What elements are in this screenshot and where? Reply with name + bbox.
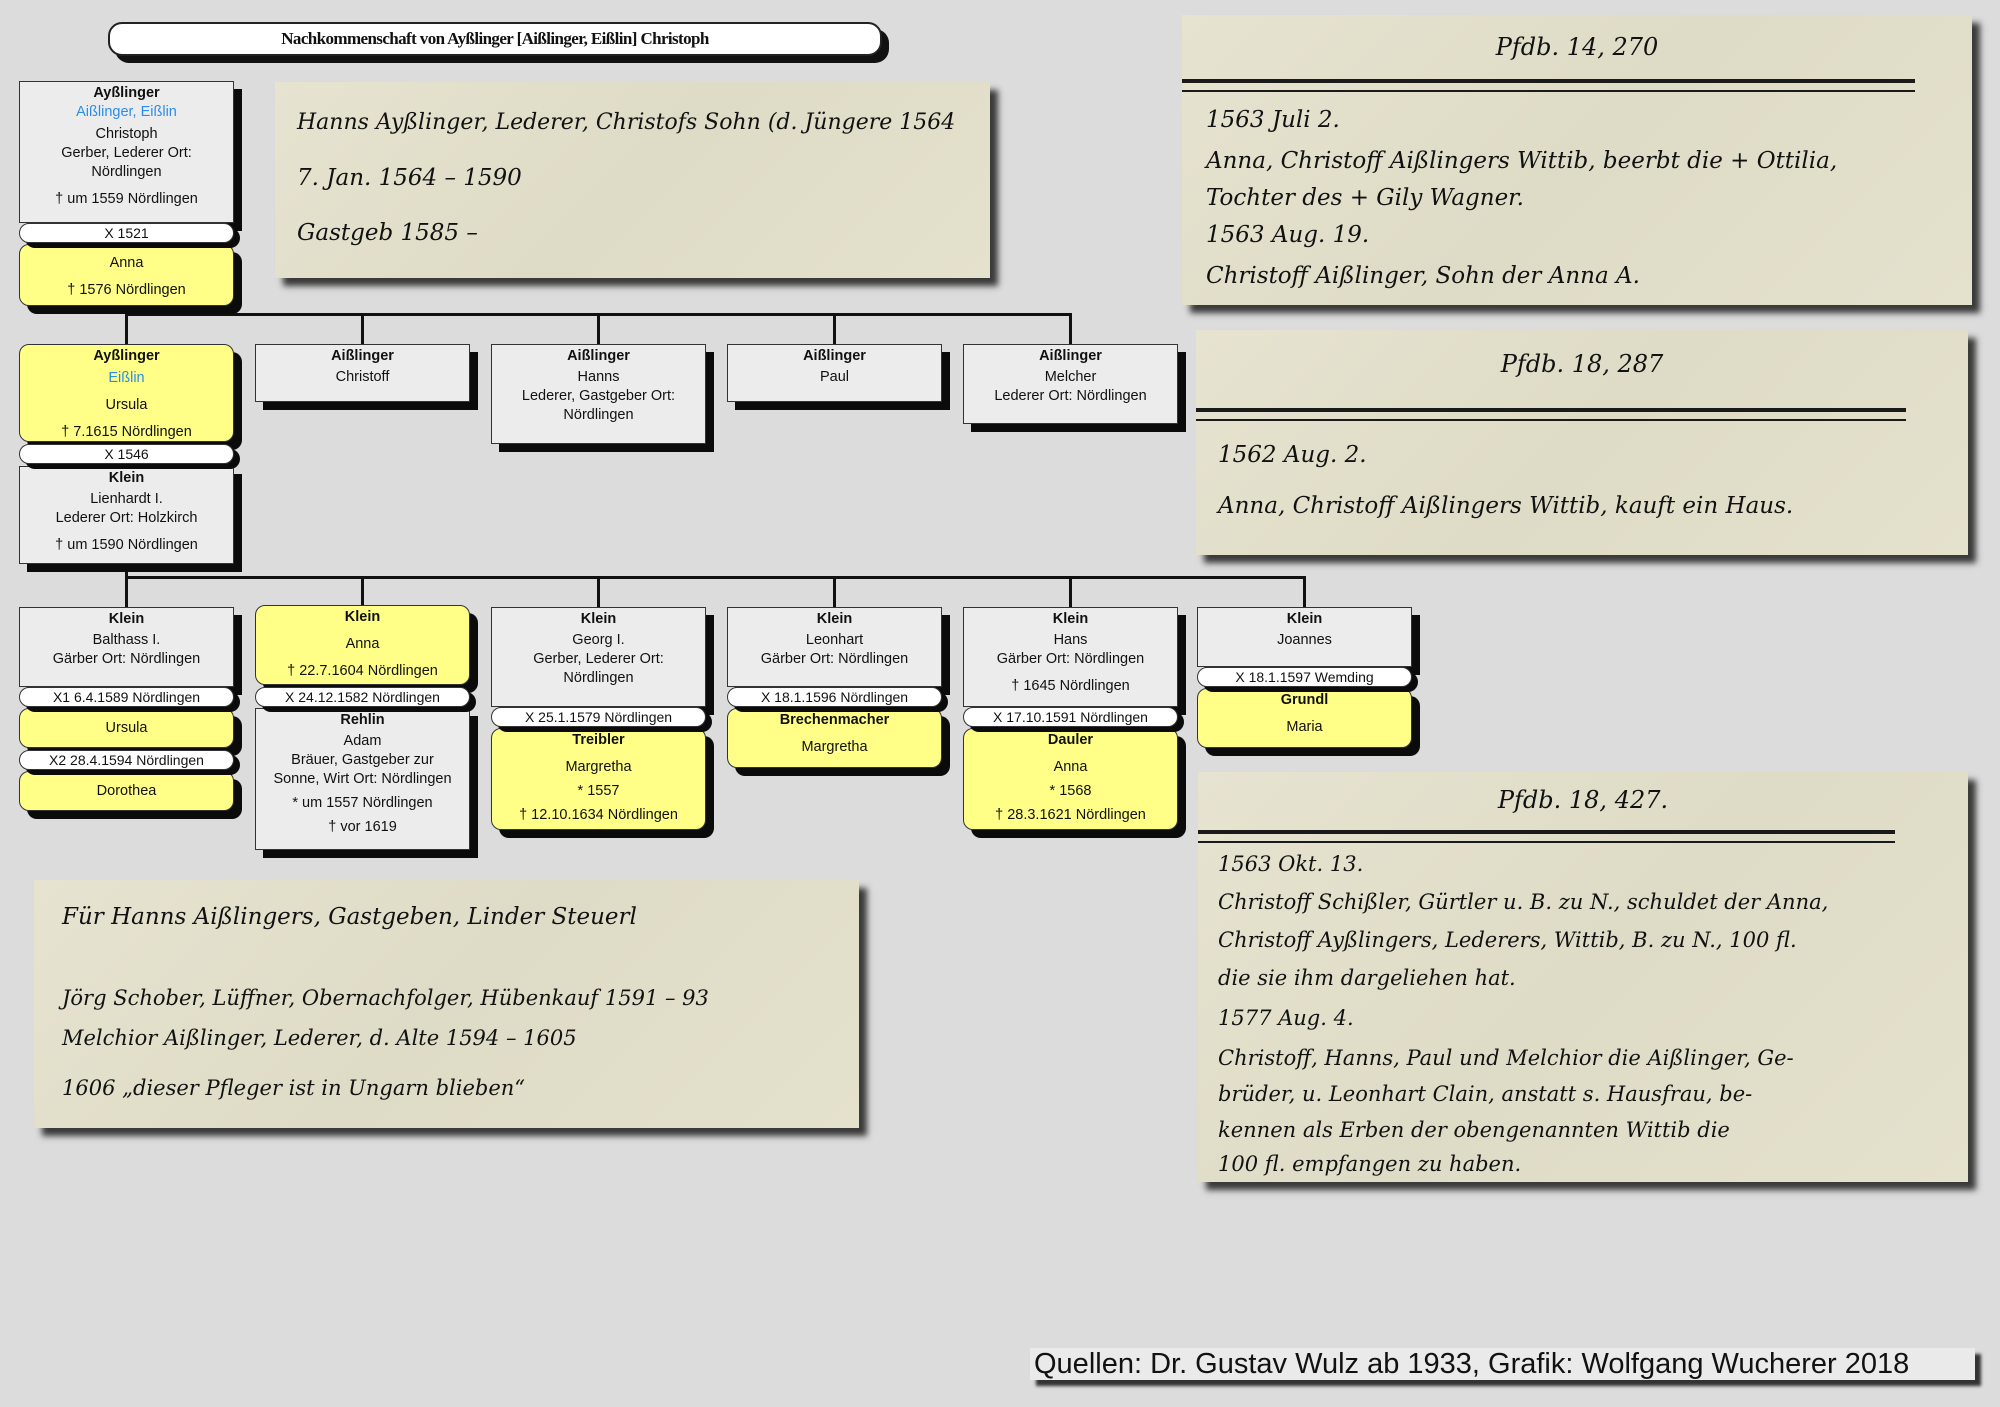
handwritten-card-pfdb-18-287: Pfdb. 18, 287 1562 Aug. 2. Anna, Christo… — [1196, 330, 1968, 555]
surname: Rehlin — [256, 711, 469, 730]
given-name: Lienhardt I. — [20, 490, 233, 509]
occupation: Gerber, Lederer Ort: — [20, 144, 233, 163]
occupation: Lederer Ort: Holzkirch — [20, 509, 233, 528]
chart-title: Nachkommenschaft von Ayßlinger [Aißlinge… — [108, 22, 882, 56]
surname: Treibler — [492, 731, 705, 750]
person-christoph-ayssinger[interactable]: Ayßlinger Aißlinger, Eißlin Christoph Ge… — [19, 81, 234, 223]
card-line: brüder, u. Leonhart Clain, anstatt s. Ha… — [1218, 1082, 1752, 1106]
given-name: Balthass I. — [20, 631, 233, 650]
person-dorothea-spouse[interactable]: Dorothea — [19, 771, 234, 811]
card-line: Jörg Schober, Lüffner, Obernachfolger, H… — [62, 986, 709, 1010]
person-joannes-klein[interactable]: Klein Joannes — [1197, 607, 1412, 667]
occupation: Sonne, Wirt Ort: Nördlingen — [256, 770, 469, 789]
source-credit: Quellen: Dr. Gustav Wulz ab 1933, Grafik… — [1030, 1348, 1975, 1380]
person-leonhart-klein[interactable]: Klein Leonhart Gärber Ort: Nördlingen — [727, 607, 942, 687]
surname: Grundl — [1198, 691, 1411, 710]
surname: Klein — [20, 469, 233, 488]
card-line: Christoff Ayßlingers, Lederers, Wittib, … — [1218, 928, 1797, 952]
surname: Klein — [20, 610, 233, 629]
surname: Aißlinger — [728, 347, 941, 366]
card-line: 1563 Okt. 13. — [1218, 852, 1363, 876]
birth-date: * 1557 — [492, 782, 705, 801]
death-date: † 12.10.1634 Nördlingen — [492, 806, 705, 825]
marriage-label: X 18.1.1597 Wemding — [1197, 667, 1412, 687]
person-ursula-ayssinger[interactable]: Ayßlinger Eißlin Ursula † 7.1615 Nördlin… — [19, 344, 234, 442]
alt-surnames: Eißlin — [20, 369, 233, 388]
surname: Klein — [1198, 610, 1411, 629]
surname: Aißlinger — [964, 347, 1177, 366]
occupation: Gärber Ort: Nördlingen — [728, 650, 941, 669]
handwritten-card-pfdb-18-427: Pfdb. 18, 427. 1563 Okt. 13. Christoff S… — [1198, 772, 1968, 1182]
marriage-label: X1 6.4.1589 Nördlingen — [19, 687, 234, 707]
death-date: † 7.1615 Nördlingen — [20, 423, 233, 442]
handwritten-card-pfdb-14-270: Pfdb. 14, 270 1563 Juli 2. Anna, Christo… — [1182, 15, 1972, 305]
marriage-label: X 1521 — [19, 223, 234, 243]
person-christoff-aisslinger[interactable]: Aißlinger Christoff — [255, 344, 470, 402]
card-line: Melchior Aißlinger, Lederer, d. Alte 159… — [62, 1026, 577, 1050]
card-line: Christoff Aißlinger, Sohn der Anna A. — [1206, 263, 1640, 289]
card-line: 1562 Aug. 2. — [1218, 442, 1367, 468]
given-name: Anna — [20, 254, 233, 273]
birth-date: * 1568 — [964, 782, 1177, 801]
surname: Aißlinger — [492, 347, 705, 366]
card-line: Hanns Ayßlinger, Lederer, Christofs Sohn… — [297, 110, 955, 135]
card-line: Anna, Christoff Aißlingers Wittib, kauft… — [1218, 493, 1793, 519]
given-name: Anna — [964, 758, 1177, 777]
occupation: Nördlingen — [492, 406, 705, 425]
card-reference: Pfdb. 18, 427. — [1198, 786, 1968, 814]
occupation: Nördlingen — [20, 163, 233, 182]
death-date: † um 1559 Nördlingen — [20, 190, 233, 209]
handwritten-card-bottom: Für Hanns Aißlingers, Gastgeben, Linder … — [34, 880, 859, 1128]
person-anna-klein[interactable]: Klein Anna † 22.7.1604 Nördlingen — [255, 605, 470, 685]
death-date: † 1645 Nördlingen — [964, 677, 1177, 696]
person-margretha-treibler[interactable]: Treibler Margretha * 1557 † 12.10.1634 N… — [491, 728, 706, 830]
divider — [1196, 408, 1906, 421]
person-hanns-aisslinger[interactable]: Aißlinger Hanns Lederer, Gastgeber Ort: … — [491, 344, 706, 444]
card-line: kennen als Erben der obengenannten Witti… — [1218, 1118, 1730, 1142]
card-line: Christoff, Hanns, Paul und Melchior die … — [1218, 1046, 1794, 1070]
card-line: 7. Jan. 1564 – 1590 — [297, 165, 522, 191]
surname: Klein — [964, 610, 1177, 629]
card-line: 1563 Juli 2. — [1206, 107, 1340, 133]
occupation: Gerber, Lederer Ort: — [492, 650, 705, 669]
alt-surnames: Aißlinger, Eißlin — [20, 103, 233, 122]
death-date: † vor 1619 — [256, 818, 469, 837]
death-date: † um 1590 Nördlingen — [20, 536, 233, 555]
surname: Klein — [492, 610, 705, 629]
given-name: Joannes — [1198, 631, 1411, 650]
card-line: Gastgeb 1585 – — [297, 220, 478, 246]
person-paul-aisslinger[interactable]: Aißlinger Paul — [727, 344, 942, 402]
death-date: † 28.3.1621 Nördlingen — [964, 806, 1177, 825]
marriage-label: X 25.1.1579 Nördlingen — [491, 707, 706, 727]
occupation: Lederer Ort: Nördlingen — [964, 387, 1177, 406]
surname: Brechenmacher — [728, 711, 941, 730]
divider — [1198, 830, 1895, 843]
given-name: Paul — [728, 368, 941, 387]
occupation: Bräuer, Gastgeber zur — [256, 751, 469, 770]
surname: Ayßlinger — [20, 347, 233, 366]
handwritten-card-hanns: Hanns Ayßlinger, Lederer, Christofs Sohn… — [275, 82, 990, 278]
surname: Ayßlinger — [20, 84, 233, 103]
card-line: Christoff Schißler, Gürtler u. B. zu N.,… — [1218, 890, 1828, 914]
given-name: Melcher — [964, 368, 1177, 387]
occupation: Gärber Ort: Nördlingen — [964, 650, 1177, 669]
birth-date: * um 1557 Nördlingen — [256, 794, 469, 813]
person-maria-grundl[interactable]: Grundl Maria — [1197, 688, 1412, 748]
given-name: Leonhart — [728, 631, 941, 650]
person-balthass-klein[interactable]: Klein Balthass I. Gärber Ort: Nördlingen — [19, 607, 234, 687]
given-name: Margretha — [728, 738, 941, 757]
person-adam-rehlin[interactable]: Rehlin Adam Bräuer, Gastgeber zur Sonne,… — [255, 708, 470, 850]
marriage-label: X 24.12.1582 Nördlingen — [255, 687, 470, 707]
person-anna-dauler[interactable]: Dauler Anna * 1568 † 28.3.1621 Nördlinge… — [963, 728, 1178, 830]
occupation: Nördlingen — [492, 669, 705, 688]
death-date: † 1576 Nördlingen — [20, 281, 233, 300]
surname: Dauler — [964, 731, 1177, 750]
marriage-label: X 17.10.1591 Nördlingen — [963, 707, 1178, 727]
card-reference: Pfdb. 18, 287 — [1196, 350, 1968, 378]
occupation: Gärber Ort: Nördlingen — [20, 650, 233, 669]
given-name: Anna — [256, 635, 469, 654]
given-name: Christoph — [20, 125, 233, 144]
person-melcher-aisslinger[interactable]: Aißlinger Melcher Lederer Ort: Nördlinge… — [963, 344, 1178, 424]
card-line: 100 fl. empfangen zu haben. — [1218, 1152, 1521, 1176]
person-lienhardt-klein[interactable]: Klein Lienhardt I. Lederer Ort: Holzkirc… — [19, 466, 234, 564]
surname: Klein — [256, 608, 469, 627]
surname: Klein — [728, 610, 941, 629]
given-name: Adam — [256, 732, 469, 751]
card-line: 1606 „dieser Pfleger ist in Ungarn blieb… — [62, 1076, 525, 1100]
person-hans-klein[interactable]: Klein Hans Gärber Ort: Nördlingen † 1645… — [963, 607, 1178, 707]
person-anna-spouse[interactable]: Anna † 1576 Nördlingen — [19, 244, 234, 306]
card-line: Anna, Christoff Aißlingers Wittib, beerb… — [1206, 148, 1837, 174]
given-name: Ursula — [20, 719, 233, 738]
card-line: die sie ihm dargeliehen hat. — [1218, 966, 1516, 990]
person-margretha-brechenmacher[interactable]: Brechenmacher Margretha — [727, 708, 942, 768]
card-line: 1577 Aug. 4. — [1218, 1006, 1354, 1030]
occupation: Lederer, Gastgeber Ort: — [492, 387, 705, 406]
person-ursula-spouse[interactable]: Ursula — [19, 708, 234, 748]
given-name: Dorothea — [20, 782, 233, 801]
marriage-label: X 18.1.1596 Nördlingen — [727, 687, 942, 707]
divider — [1182, 79, 1915, 92]
card-line: Für Hanns Aißlingers, Gastgeben, Linder … — [62, 904, 637, 930]
given-name: Ursula — [20, 396, 233, 415]
given-name: Margretha — [492, 758, 705, 777]
card-line: 1563 Aug. 19. — [1206, 222, 1369, 248]
card-reference: Pfdb. 14, 270 — [1182, 33, 1972, 61]
surname: Aißlinger — [256, 347, 469, 366]
given-name: Hanns — [492, 368, 705, 387]
death-date: † 22.7.1604 Nördlingen — [256, 662, 469, 681]
given-name: Maria — [1198, 718, 1411, 737]
person-georg-klein[interactable]: Klein Georg I. Gerber, Lederer Ort: Nörd… — [491, 607, 706, 707]
given-name: Christoff — [256, 368, 469, 387]
given-name: Georg I. — [492, 631, 705, 650]
marriage-label: X 1546 — [19, 444, 234, 464]
marriage-label: X2 28.4.1594 Nördlingen — [19, 750, 234, 770]
card-line: Tochter des + Gily Wagner. — [1206, 185, 1524, 211]
given-name: Hans — [964, 631, 1177, 650]
